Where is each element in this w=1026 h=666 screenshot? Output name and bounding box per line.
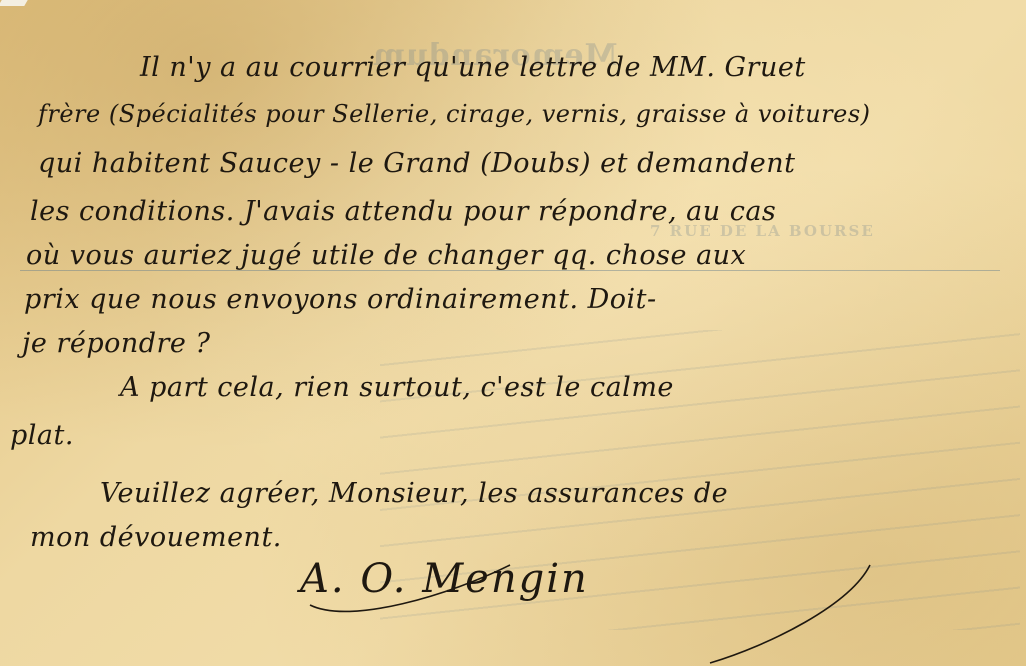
letter-line-9: plat. [10,420,74,451]
letter-line-5: où vous auriez jugé utile de changer qq.… [26,240,746,271]
letter-line-6: prix que nous envoyons ordinairement. Do… [24,284,657,315]
torn-corner [0,0,28,6]
letter-line-3: qui habitent Saucey - le Grand (Doubs) e… [38,148,795,179]
letter-line-10: Veuillez agréer, Monsieur, les assurance… [100,478,728,509]
letter-page: Memorandum 7 RUE DE LA BOURSE Il n'y a a… [0,0,1026,666]
letter-line-8: A part cela, rien surtout, c'est le calm… [120,372,674,403]
letter-line-4: les conditions. J'avais attendu pour rép… [30,196,776,227]
signature: A. O. Mengin [300,556,589,602]
letter-line-2: frère (Spécialités pour Sellerie, cirage… [38,100,871,128]
letter-line-1: Il n'y a au courrier qu'une lettre de MM… [140,52,806,83]
letter-line-11: mon dévouement. [30,522,282,553]
letter-line-7: je répondre ? [22,328,210,359]
